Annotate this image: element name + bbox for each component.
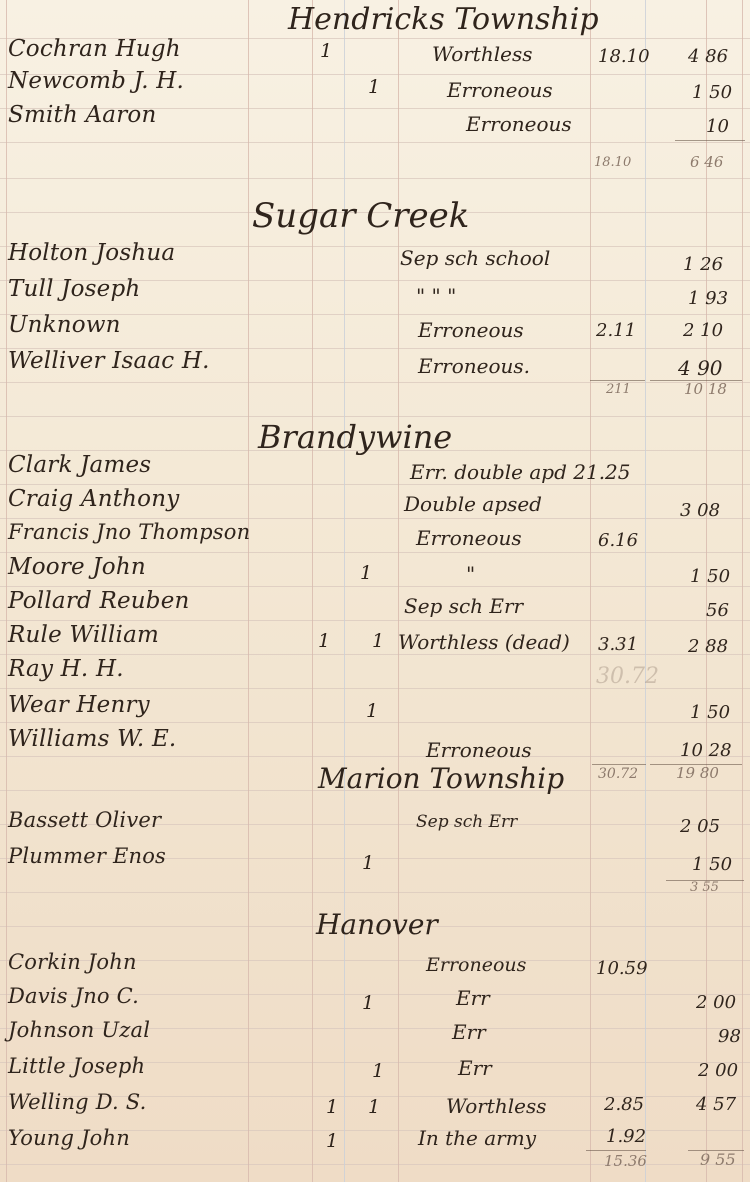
mark-col-2: 1 [360, 562, 372, 584]
col-a-value: 1.92 [606, 1126, 646, 1147]
remark: " [466, 562, 475, 586]
rule-line [0, 620, 750, 621]
ledger-name: Newcomb J. H. [8, 68, 184, 94]
rule-line [0, 756, 750, 757]
ledger-name: Smith Aaron [8, 102, 156, 128]
amount: 1 93 [688, 288, 728, 309]
col-a-value: 2.85 [604, 1094, 644, 1115]
rule-line [0, 142, 750, 143]
amount: 4 86 [688, 46, 728, 67]
mark-col-1: 1 [318, 630, 330, 652]
col-a-value: 18.10 [598, 46, 650, 67]
amount: 2 10 [683, 320, 723, 341]
amount: 98 [718, 1026, 741, 1047]
ledger-name: Welliver Isaac H. [8, 348, 210, 374]
column-line [398, 0, 399, 1182]
ledger-name: Craig Anthony [8, 486, 179, 512]
subtotal-col-a: 18.10 [594, 155, 631, 170]
amount: 1 50 [692, 854, 732, 875]
ledger-name: Holton Joshua [8, 240, 175, 266]
ledger-name: Johnson Uzal [8, 1018, 150, 1042]
ledger-name: Corkin John [8, 950, 137, 974]
column-line [6, 0, 7, 1182]
remark: Worthless [446, 1094, 546, 1118]
col-a-value: 6.16 [598, 530, 638, 551]
column-line [344, 0, 345, 1182]
mark-col-2: 1 [362, 992, 374, 1014]
amount: 2 00 [698, 1060, 738, 1081]
remark: In the army [418, 1126, 536, 1150]
mark-col-1: 1 [326, 1096, 338, 1118]
section-heading: Brandywine [258, 418, 452, 456]
column-line [248, 0, 249, 1182]
ledger-name: Clark James [8, 452, 151, 478]
section-heading: Marion Township [318, 762, 564, 795]
rule-line [0, 722, 750, 723]
ledger-name: Davis Jno C. [8, 984, 139, 1008]
amount: 56 [706, 600, 729, 621]
mark-col-2: 1 [368, 1096, 380, 1118]
amount: 10 28 [680, 740, 732, 761]
mark-col-2: 1 [366, 700, 378, 722]
amount: 1 50 [692, 82, 732, 103]
rule-line [0, 416, 750, 417]
total-rule [590, 380, 645, 381]
ledger-name: Francis Jno Thompson [8, 520, 250, 544]
amount: 1 50 [690, 702, 730, 723]
ledger-name: Unknown [8, 312, 121, 338]
amount: 2 00 [696, 992, 736, 1013]
col-a-value: 10.59 [596, 958, 648, 979]
rule-line [0, 586, 750, 587]
remark: Erroneous [426, 738, 532, 762]
total-rule [586, 1150, 646, 1151]
amount: 2 88 [688, 636, 728, 657]
remark: " " " [416, 284, 456, 308]
amount: 4 90 [678, 356, 723, 380]
remark: Erroneous [447, 78, 553, 102]
subtotal-amount: 6 46 [690, 153, 723, 171]
amount: 2 05 [680, 816, 720, 837]
subtotal-amount: 19 80 [676, 764, 719, 782]
remark: Err [458, 1056, 492, 1080]
rule-line [0, 484, 750, 485]
amount: 1 26 [683, 254, 723, 275]
subtotal-col-a: 15.36 [604, 1152, 647, 1170]
amount: 1 50 [690, 566, 730, 587]
ledger-name: Little Joseph [8, 1054, 145, 1078]
remark: Err [452, 1020, 486, 1044]
remark: Sep sch Err [416, 812, 517, 832]
ledger-name: Plummer Enos [8, 844, 166, 868]
subtotal-amount: 3 55 [690, 880, 719, 895]
ledger-name: Young John [8, 1126, 130, 1150]
remark: Sep sch school [400, 246, 550, 270]
ledger-name: Wear Henry [8, 692, 150, 718]
column-line [590, 0, 591, 1182]
ledger-name: Cochran Hugh [8, 36, 181, 62]
subtotal-amount: 9 55 [700, 1150, 736, 1169]
col-a-value: 3.31 [598, 634, 638, 655]
ledger-name: Ray H. H. [8, 656, 124, 682]
remark: Err. double apd 21.25 [410, 460, 631, 484]
remark: Err [456, 986, 490, 1010]
column-line [742, 0, 743, 1182]
ledger-page: Hendricks Township Cochran Hugh 1 Worthl… [0, 0, 750, 1182]
rule-line [0, 178, 750, 179]
amount: 3 08 [680, 500, 720, 521]
amount: 4 57 [696, 1094, 736, 1115]
remark: Erroneous [466, 112, 572, 136]
ledger-name: Bassett Oliver [8, 808, 161, 832]
ledger-name: Welling D. S. [8, 1090, 146, 1114]
rule-line [0, 382, 750, 383]
subtotal-amount: 10 18 [684, 380, 727, 398]
faded-pencil-note: 30.72 [596, 664, 659, 689]
ledger-name: Pollard Reuben [8, 588, 190, 614]
column-line [312, 0, 313, 1182]
remark: Worthless (dead) [398, 630, 570, 654]
amount: 10 [706, 116, 729, 137]
total-rule [675, 140, 745, 141]
remark: Erroneous [418, 318, 524, 342]
ledger-name: Rule William [8, 622, 159, 648]
mark-col-2: 1 [372, 1060, 384, 1082]
rule-line [0, 518, 750, 519]
remark: Worthless [432, 42, 532, 66]
rule-line [0, 552, 750, 553]
remark: Erroneous. [418, 354, 530, 378]
ledger-name: Williams W. E. [8, 726, 176, 752]
remark: Erroneous [426, 954, 526, 976]
remark: Sep sch Err [404, 594, 523, 618]
subtotal-col-a: 211 [606, 382, 631, 397]
section-heading: Hendricks Township [288, 2, 599, 37]
ledger-name: Tull Joseph [8, 276, 140, 302]
section-heading: Hanover [316, 908, 438, 941]
mark-col-2: 1 [372, 630, 384, 652]
col-a-value: 2.11 [596, 320, 636, 341]
remark: Double apsed [404, 492, 542, 516]
column-line [645, 0, 646, 1182]
section-heading: Sugar Creek [252, 196, 469, 236]
ledger-name: Moore John [8, 554, 146, 580]
subtotal-col-a: 30.72 [598, 766, 638, 782]
mark-col-2: 1 [362, 852, 374, 874]
remark: Erroneous [416, 526, 522, 550]
rule-line [0, 892, 750, 893]
total-rule [592, 764, 646, 765]
mark-col-2: 1 [368, 76, 380, 98]
mark-col-1: 1 [320, 40, 332, 62]
mark-col-1: 1 [326, 1130, 338, 1152]
